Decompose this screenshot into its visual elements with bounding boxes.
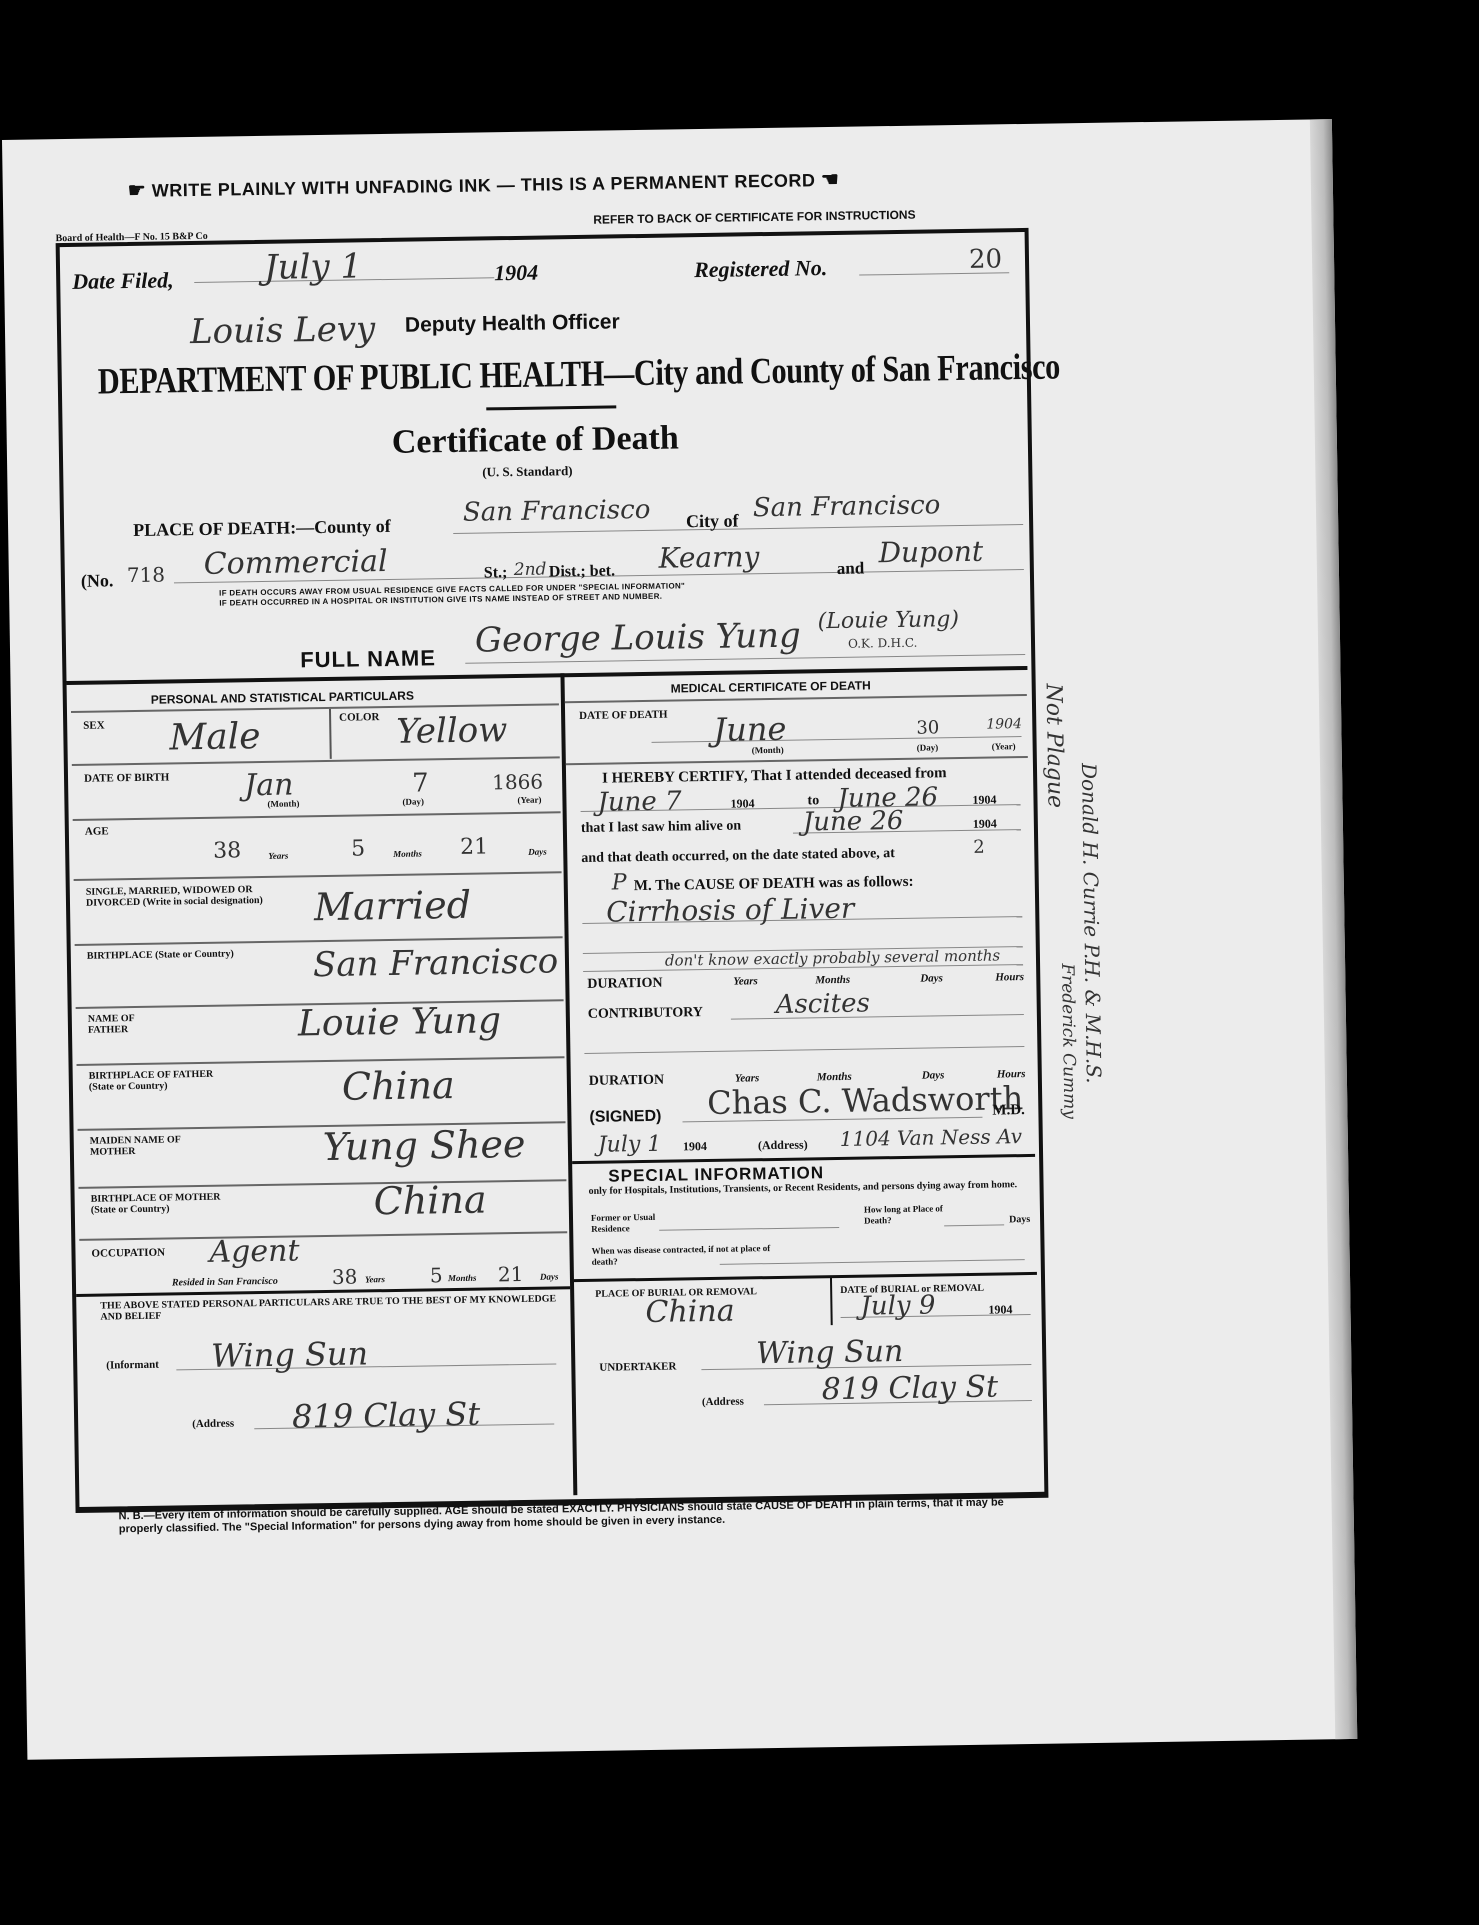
duration-2-label: DURATION — [589, 1075, 664, 1087]
pointing-hand-left-icon: ☚ — [821, 169, 840, 191]
death-hour: 2 — [973, 837, 985, 858]
age-label: AGE — [85, 826, 109, 837]
last-saw-date: June 26 — [803, 806, 904, 838]
certificate-subtitle: (U. S. Standard) — [482, 463, 573, 480]
burial-place: China — [645, 1294, 735, 1330]
days-caption: Days — [528, 847, 547, 858]
banner-text: WRITE PLAINLY WITH UNFADING INK — THIS I… — [152, 170, 816, 200]
and-label: and — [837, 559, 865, 579]
how-long-days-caption: Days — [1009, 1214, 1030, 1225]
death-day-caption: (Day) — [917, 742, 939, 753]
sex-value: Male — [169, 716, 261, 758]
physician-signature: Chas C. Wadsworth — [707, 1079, 1024, 1122]
color-value: Yellow — [396, 710, 508, 752]
physician-address: 1104 Van Ness Av — [840, 1124, 1023, 1151]
burial-date: July 9 — [860, 1290, 935, 1321]
attended-from: June 7 — [597, 786, 682, 817]
registered-number: 20 — [969, 244, 1003, 275]
mother-value: Yung Shee — [323, 1122, 526, 1169]
resided-years-caption: Years — [365, 1274, 385, 1285]
year-caption: (Year) — [517, 795, 541, 806]
cause-of-death: Cirrhosis of Liver — [606, 892, 855, 929]
informant-value: Wing Sun — [211, 1334, 369, 1374]
years-caption: Years — [268, 851, 288, 862]
dob-day: 7 — [412, 768, 429, 798]
margin-note-signature: Donald H. Currie P.H. & M.H.S. — [1077, 763, 1106, 1084]
full-name-value: George Louis Yung — [475, 616, 801, 661]
burial-year: 1904 — [988, 1302, 1012, 1317]
refer-instructions: REFER TO BACK OF CERTIFICATE FOR INSTRUC… — [593, 208, 915, 227]
date-of-death-label: DATE OF DEATH — [579, 710, 668, 722]
resided-years: 38 — [332, 1265, 358, 1289]
marital-label: SINGLE, MARRIED, WIDOWED OR DIVORCED (Wr… — [86, 884, 286, 909]
age-months: 5 — [351, 836, 365, 861]
resided-label: Resided in San Francisco — [172, 1276, 278, 1289]
street-number: 718 — [127, 562, 166, 587]
street-value: Commercial — [203, 544, 387, 582]
resided-months: 5 — [430, 1263, 443, 1287]
occupation-value: Agent — [209, 1233, 300, 1269]
county-value: San Francisco — [463, 495, 651, 528]
informant-address-label: (Address — [192, 1419, 234, 1431]
mother-birthplace-value: China — [373, 1178, 487, 1224]
resided-days: 21 — [498, 1262, 524, 1286]
margin-note-name: Frederick Cummy — [1057, 963, 1079, 1119]
undertaker-label: UNDERTAKER — [599, 1362, 676, 1374]
attended-from-year: 1904 — [730, 796, 754, 811]
death-day: 30 — [916, 717, 939, 738]
death-month: June — [713, 710, 787, 749]
attended-to-year: 1904 — [972, 792, 996, 807]
signed-label: (SIGNED) — [589, 1108, 661, 1127]
dob-label: DATE OF BIRTH — [84, 772, 169, 784]
death-month-caption: (Month) — [752, 745, 784, 757]
undertaker-address-label: (Address — [702, 1397, 744, 1409]
month-caption: (Month) — [267, 798, 299, 810]
number-label: (No. — [81, 570, 114, 592]
full-name-alias: (Louie Yung) — [817, 607, 959, 634]
page-edge — [1310, 119, 1357, 1739]
occupation-label: OCCUPATION — [91, 1248, 165, 1260]
informant-label: (Informant — [106, 1360, 159, 1372]
date-filed-label: Date Filed, — [72, 267, 174, 295]
duration-days-caption: Days — [920, 973, 943, 984]
city-value: San Francisco — [753, 490, 941, 523]
street-label: St.; — [484, 564, 508, 582]
mother-birthplace-label: BIRTHPLACE OF MOTHER (State or Country) — [91, 1191, 241, 1215]
marital-value: Married — [314, 883, 472, 929]
age-years: 38 — [213, 838, 241, 863]
sex-label: SEX — [83, 720, 105, 731]
margin-note-not-plague: Not Plague — [1041, 683, 1068, 808]
undertaker-address: 819 Clay St — [821, 1370, 998, 1408]
birthplace-label: BIRTHPLACE (State or Country) — [87, 948, 237, 961]
last-saw-year: 1904 — [973, 816, 997, 831]
city-label: City of — [686, 510, 739, 532]
age-days: 21 — [460, 834, 488, 859]
last-saw-text: that I last saw him alive on — [581, 818, 741, 837]
day-caption: (Day) — [402, 796, 424, 807]
duration-hours-caption: Hours — [995, 972, 1024, 983]
months-caption: Months — [393, 848, 422, 859]
registered-label: Registered No. — [694, 255, 828, 283]
between-street-1: Kearny — [658, 540, 759, 575]
physician-address-label: (Address) — [758, 1137, 808, 1153]
banner: ☛ WRITE PLAINLY WITH UNFADING INK — THIS… — [128, 167, 840, 203]
former-residence-label: Former or Usual Residence — [591, 1212, 661, 1235]
father-label: NAME OF FATHER — [88, 1013, 168, 1036]
resided-days-caption: Days — [540, 1271, 559, 1282]
date-filed-year: 1904 — [494, 260, 538, 287]
alias-note: O.K. D.H.C. — [848, 636, 918, 651]
pointing-hand-icon: ☛ — [128, 180, 147, 202]
district-value: 2nd — [514, 560, 547, 581]
signed-year: 1904 — [683, 1139, 707, 1154]
place-of-death-label: PLACE OF DEATH:—County of — [133, 516, 391, 541]
between-street-2: Dupont — [878, 535, 983, 570]
meridiem: P — [612, 870, 627, 895]
resided-months-caption: Months — [448, 1273, 477, 1284]
full-name-label: FULL NAME — [300, 645, 436, 673]
mother-label: MAIDEN NAME OF MOTHER — [90, 1134, 220, 1158]
death-year: 1904 — [986, 716, 1022, 733]
informant-address: 819 Clay St — [292, 1395, 481, 1436]
officer-signature: Louis Levy — [190, 309, 376, 352]
color-label: COLOR — [339, 712, 380, 724]
birthplace-value: San Francisco — [313, 941, 559, 985]
contributory-label: CONTRIBUTORY — [588, 1007, 703, 1020]
death-year-caption: (Year) — [992, 741, 1016, 752]
father-birthplace-value: China — [342, 1063, 456, 1109]
duration-years-caption: Years — [733, 976, 758, 987]
signed-date: July 1 — [598, 1132, 662, 1158]
md-label: M.D. — [992, 1102, 1025, 1120]
duration-months-caption: Months — [815, 975, 850, 987]
certificate-page: ☛ WRITE PLAINLY WITH UNFADING INK — THIS… — [2, 119, 1357, 1760]
father-value: Louie Yung — [298, 1000, 502, 1044]
duration-label: DURATION — [587, 978, 662, 990]
undertaker-value: Wing Sun — [756, 1334, 904, 1371]
how-long-label: How long at Place of Death? — [864, 1203, 944, 1226]
date-filed-value: July 1 — [264, 246, 363, 288]
certificate-title: Certificate of Death — [392, 419, 680, 462]
district-label: Dist.; bet. — [549, 562, 615, 581]
dob-year: 1866 — [492, 770, 543, 795]
father-birthplace-label: BIRTHPLACE OF FATHER (State or Country) — [89, 1068, 239, 1092]
contributory-value: Ascites — [775, 988, 870, 1019]
officer-title: Deputy Health Officer — [405, 310, 620, 337]
